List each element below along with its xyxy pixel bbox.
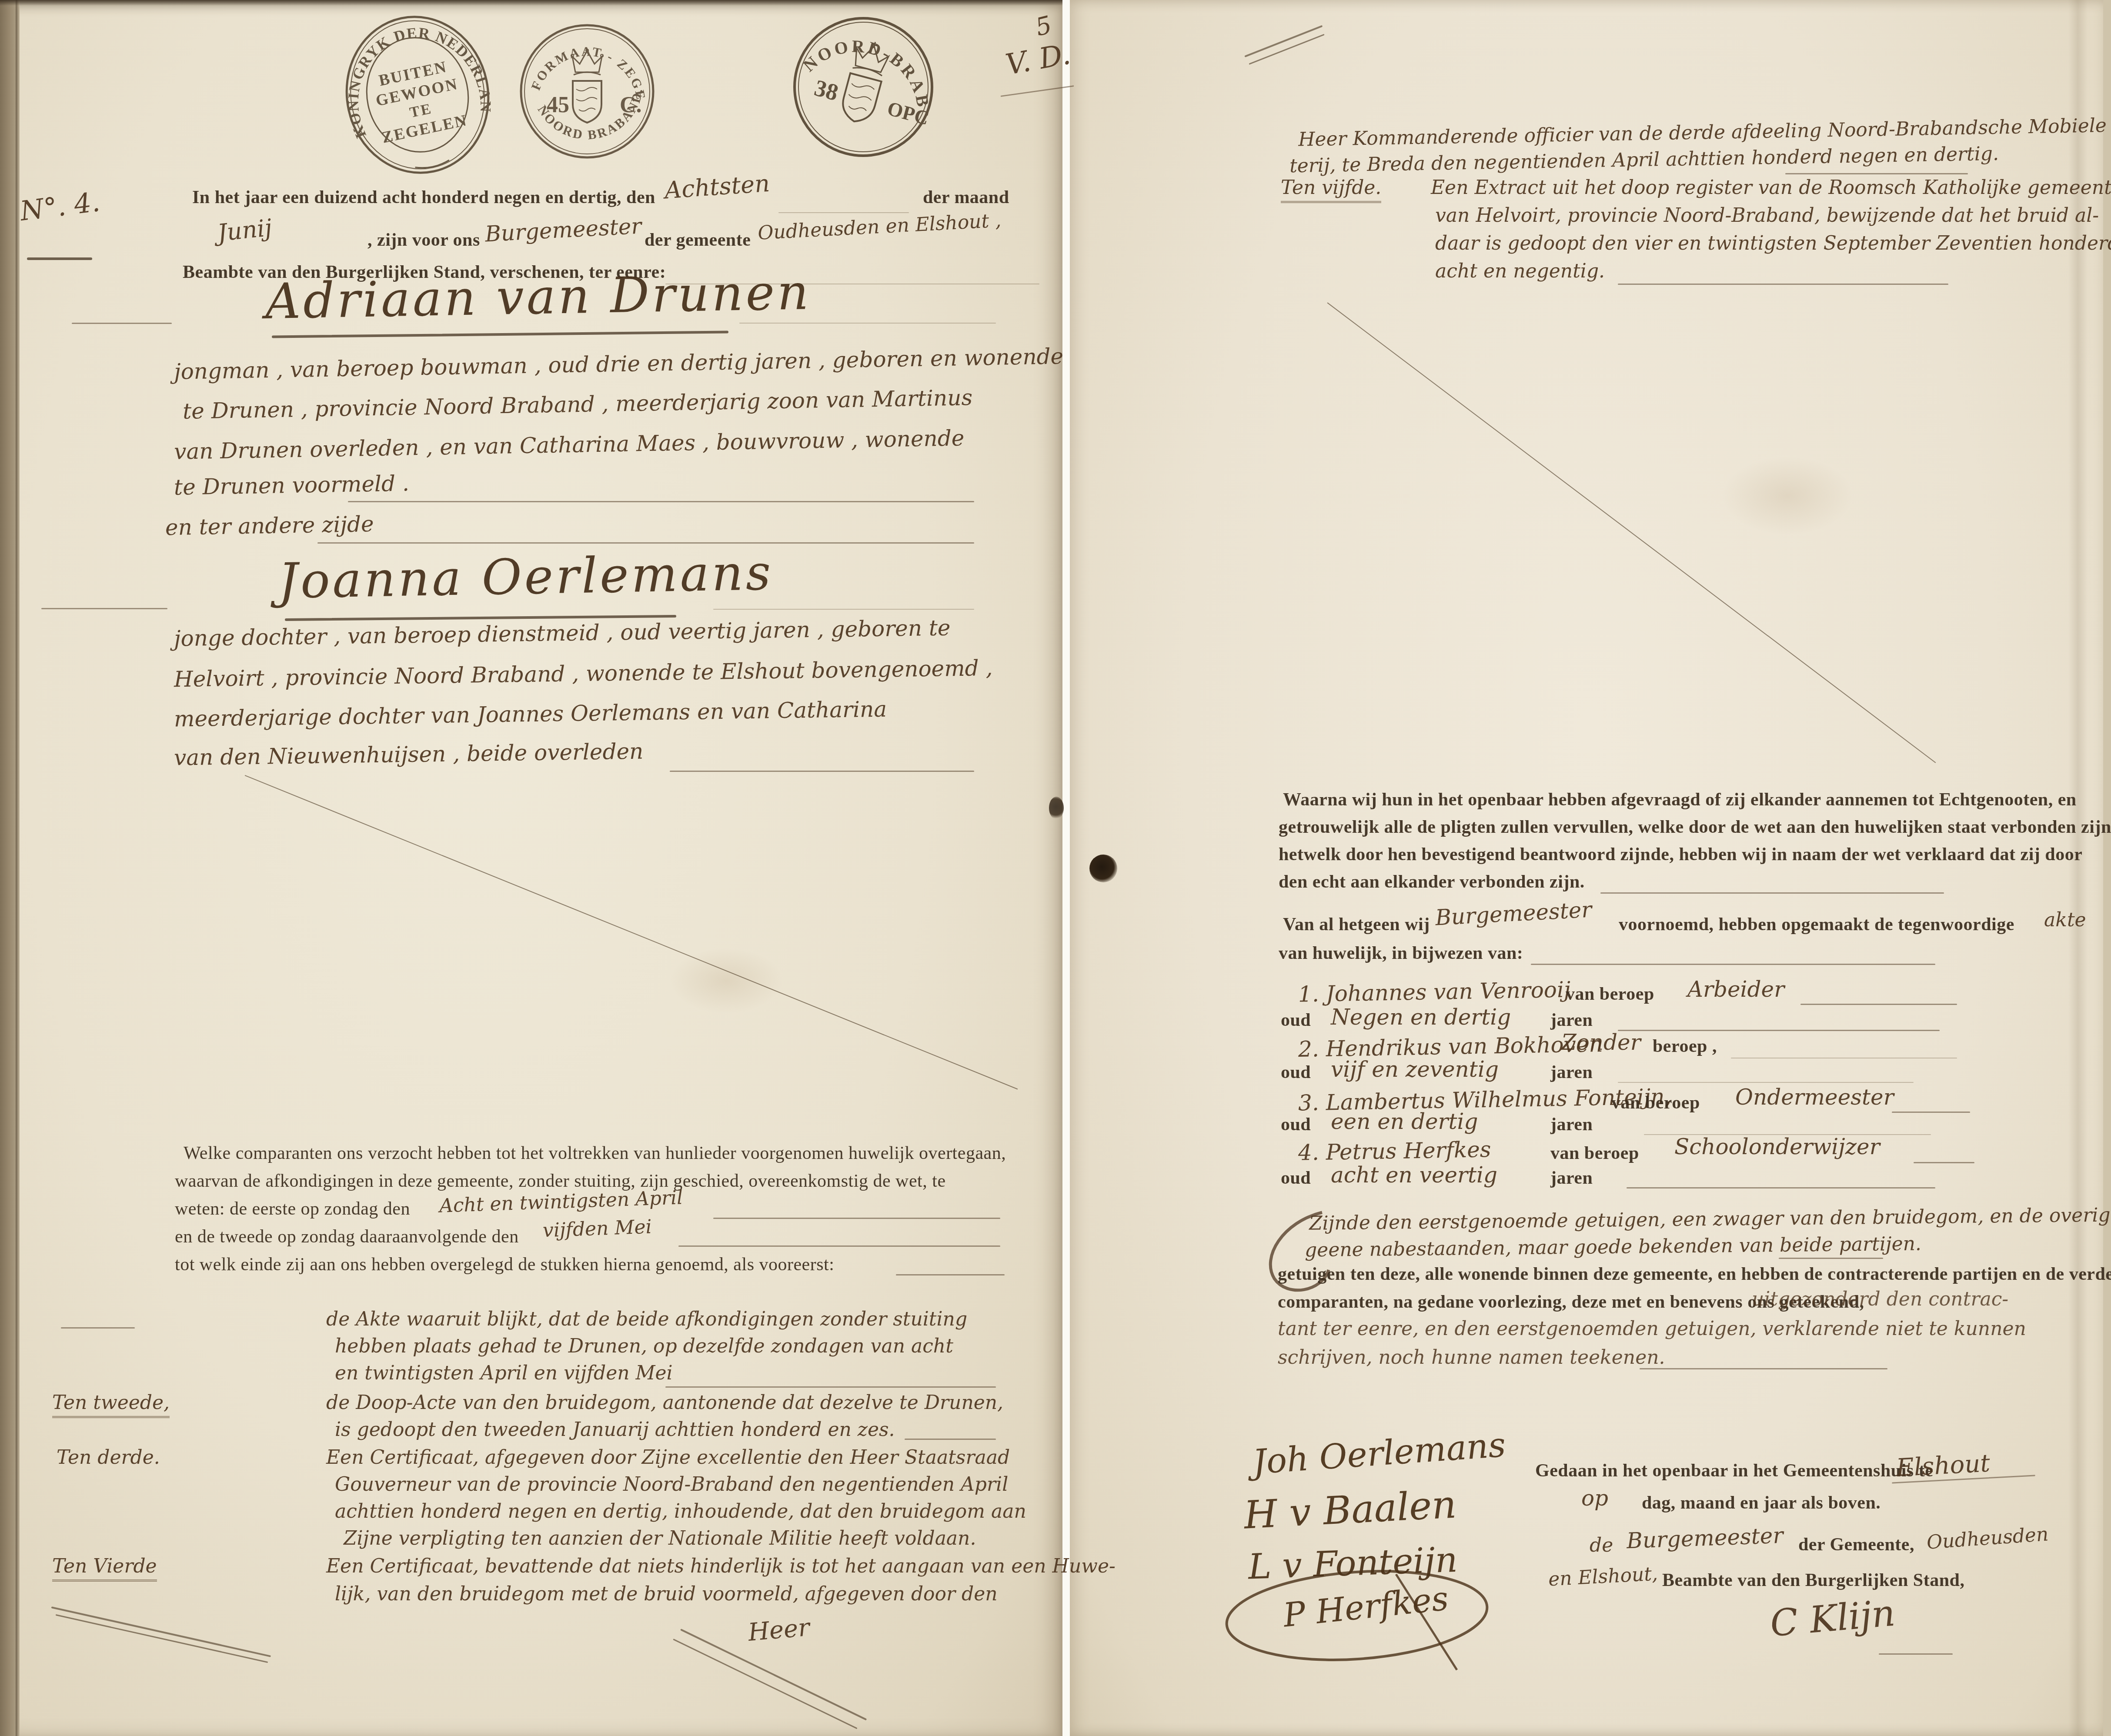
printed-intro-3: , zijn voor ons	[367, 230, 480, 250]
ruled-line	[670, 771, 974, 772]
hw-op: op	[1581, 1486, 1608, 1511]
ruled-line	[1800, 1004, 1957, 1005]
hw-place: Elshout	[1895, 1449, 1991, 1482]
doc-item2-line: is gedoopt den tweeden Januarij achttien…	[335, 1419, 895, 1441]
ruled-line	[41, 608, 167, 609]
hw-zonder: Zonder	[1561, 1030, 1641, 1055]
doc-item2-label: Ten tweede,	[52, 1392, 170, 1418]
closing-printed: der Gemeente,	[1798, 1534, 1914, 1555]
ruled-line	[1618, 1082, 1914, 1083]
ruled-line	[1531, 964, 1935, 965]
witness-occupation: Schoolonderwijzer	[1674, 1134, 1880, 1159]
stamp-value: 38	[812, 74, 841, 106]
ruled-line	[1892, 1112, 1970, 1113]
ink-smudge	[1049, 797, 1064, 819]
witness-name: 1. Johannes van Venrooij	[1298, 977, 1571, 1007]
ruled-line	[1731, 1058, 1957, 1058]
printed-jaren: jaren	[1550, 1114, 1593, 1135]
doc-item3-line: Zijne verpligting ten aanzien der Nation…	[344, 1527, 976, 1549]
witness-age: Negen en dertig	[1331, 1005, 1511, 1030]
ruled-line	[665, 1386, 996, 1388]
stamp-noord-braband-38opc: NOORD-BRABAND. 38 OPC	[783, 7, 944, 167]
printed-oud: oud	[1281, 1114, 1311, 1135]
stamp-value: 45	[547, 93, 569, 117]
witness-age: vijf en zeventig	[1331, 1057, 1499, 1082]
doc-item4-line: lijk, van den bruidegom met de bruid voo…	[335, 1583, 998, 1605]
doc-item3-line: Gouverneur van de provincie Noord-Braban…	[335, 1473, 1008, 1496]
stamp-center-line: TE	[408, 100, 434, 121]
hw-banns-date2: vijfden Mei	[542, 1216, 652, 1242]
vows-printed: van huwelijk, in bijwezen van:	[1279, 943, 1523, 964]
ruled-line	[1785, 173, 1968, 174]
closing-printed: dag, maand en jaar als boven.	[1642, 1492, 1881, 1513]
hw-month: Junij	[216, 214, 273, 247]
doc-item5-line: acht en negentig.	[1435, 260, 1605, 282]
stamp-value: C.	[620, 93, 642, 117]
printed-beroep: beroep ,	[1653, 1036, 1717, 1057]
ruled-line	[713, 609, 974, 610]
stamp-arc-top-text: NOORD-BRABAND.	[783, 7, 944, 115]
stamp-formaat-zegel-45c: FORMAAT - ZEGEL. NOORD BRABAND. 45 C.	[515, 17, 659, 167]
doc-item1-line: hebben plaats gehad te Drunen, op dezelf…	[335, 1335, 953, 1357]
banns-printed: tot welk einde zij aan ons hebben overge…	[175, 1254, 834, 1275]
ruled-line	[678, 1245, 1000, 1247]
doc-item4-line: Een Certificaat, bevattende dat niets hi…	[326, 1555, 1116, 1577]
ruled-line	[348, 501, 974, 502]
ruled-line	[1618, 1030, 1940, 1031]
margin-dash	[27, 257, 92, 260]
witness-age: acht en veertig	[1331, 1162, 1497, 1188]
doc-item3-line: achttien honderd negen en dertig, inhoud…	[335, 1500, 1026, 1522]
doc-item5-line: Een Extract uit het doop register van de…	[1431, 177, 2111, 199]
stamp-shield-icon	[838, 73, 882, 126]
witness-occupation: Ondermeester	[1735, 1085, 1894, 1110]
closing-printed: Beambte van den Burgerlijken Stand,	[1662, 1570, 1964, 1591]
witness-occupation: Arbeider	[1687, 977, 1784, 1002]
margin-dash	[61, 1327, 135, 1329]
doc-item5-line: van Helvoirt, provincie Noord-Braband, b…	[1435, 204, 2099, 227]
printed-intro-1: In het jaar een duizend acht honderd neg…	[192, 187, 655, 208]
doc-item5-label: Ten vijfde.	[1281, 177, 1381, 203]
printed-oud: oud	[1281, 1062, 1311, 1083]
banns-printed: weten: de eerste op zondag den	[175, 1199, 410, 1219]
vows-printed: den echt aan elkander verbonden zijn.	[1279, 871, 1585, 892]
ruled-line	[778, 212, 909, 213]
vows-printed: hetwelk door hen bevestigend beantwoord …	[1279, 844, 2082, 865]
groom-name: Adriaan van Drunen	[265, 264, 812, 330]
binding-inner-edge	[16, 0, 20, 1736]
catchword: Heer	[747, 1613, 811, 1647]
attestation-printed: getuigen ten deze, alle wonende binnen d…	[1278, 1264, 2111, 1285]
doc-item1-line: de Akte waaruit blijkt, dat de beide afk…	[326, 1308, 967, 1330]
ruled-line	[896, 1274, 1005, 1275]
ruled-line	[1914, 1162, 1974, 1163]
printed-oud: oud	[1281, 1010, 1311, 1031]
ruled-line	[1640, 1368, 1887, 1369]
printed-van-beroep: van beroep	[1611, 1092, 1700, 1113]
doc-item2-line: de Doop-Acte van den bruidegom, aantonen…	[326, 1392, 1003, 1414]
ink-blot	[1089, 855, 1117, 882]
doc-item5-line: daar is gedoopt den vier en twintigsten …	[1435, 232, 2111, 254]
doc-item4-label: Ten Vierde	[52, 1555, 157, 1582]
hw-akte: akte	[2044, 909, 2086, 931]
doc-item3-label: Ten derde.	[57, 1446, 160, 1469]
printed-van-beroep: van beroep	[1566, 984, 1654, 1005]
ruled-line	[317, 542, 974, 544]
ruled-line	[1618, 284, 1948, 285]
stamp-buitengewoon-te-zegelen: KONINGRYK DER NEDERLANDEN BUITEN GEWOON …	[335, 12, 500, 177]
paper-stain	[1722, 457, 1853, 535]
bride-name: Joanna Oerlemans	[278, 544, 774, 610]
vows-printed: Van al hetgeen wij	[1283, 914, 1430, 935]
signature-flourish	[1879, 1653, 1953, 1655]
ruled-line	[1779, 1258, 1883, 1259]
ruled-line	[739, 323, 996, 324]
binding-edge	[0, 0, 16, 1736]
page-crease	[2068, 0, 2088, 1736]
printed-van-beroep: van beroep	[1550, 1143, 1639, 1164]
right-page-edge	[2103, 0, 2111, 1736]
marriage-record-scan: KONINGRYK DER NEDERLANDEN BUITEN GEWOON …	[0, 0, 2111, 1736]
book-gutter	[1062, 0, 1070, 1736]
witness-name: 4. Petrus Herfkes	[1298, 1137, 1491, 1165]
vows-printed: voornoemd, hebben opgemaakt de tegenwoor…	[1619, 914, 2014, 935]
ruled-line	[72, 323, 172, 324]
ruled-line	[713, 1218, 1000, 1219]
doc-item1-line: en twintigsten April en vijfden Mei	[335, 1362, 673, 1384]
printed-jaren: jaren	[1550, 1010, 1593, 1031]
printed-jaren: jaren	[1550, 1062, 1593, 1083]
attestation-line: tant ter eenre, en den eerstgenoemden ge…	[1278, 1318, 2026, 1340]
ruled-line	[1627, 1187, 1935, 1188]
printed-intro-4: der gemeente	[645, 230, 751, 250]
vows-printed: getrouwelijk alle de pligten zullen verv…	[1279, 817, 2111, 838]
paper-stain	[670, 948, 783, 1013]
groom-line: te Drunen voormeld .	[174, 471, 410, 500]
page-top-shadow	[0, 0, 1062, 6]
banns-printed: en de tweede op zondag daaraanvolgende d…	[175, 1226, 519, 1247]
printed-jaren: jaren	[1550, 1168, 1593, 1188]
stamp-shield-icon	[573, 81, 601, 123]
signature-circle	[1213, 1561, 1518, 1674]
banns-printed: waarvan de afkondigingen in deze gemeent…	[175, 1171, 946, 1192]
witness-age: een en dertig	[1331, 1109, 1478, 1134]
attestation-line: uitgezonderd den contrac-	[1752, 1288, 2008, 1310]
doc-item3-line: Een Certificaat, afgegeven door Zijne ex…	[326, 1446, 1010, 1469]
svg-text:NOORD-BRABAND.: NOORD-BRABAND.	[783, 7, 944, 115]
groom-line: en ter andere zijde	[165, 511, 374, 540]
ruled-line	[905, 1439, 996, 1440]
vows-printed: Waarna wij hun in het openbaar hebben af…	[1283, 789, 2077, 810]
banns-printed: Welke comparanten ons verzocht hebben to…	[184, 1143, 1006, 1164]
printed-oud: oud	[1281, 1168, 1311, 1188]
printed-intro-2: der maand	[923, 187, 1009, 208]
ruled-line	[1600, 892, 1944, 894]
hw-de: de	[1590, 1534, 1613, 1556]
attestation-line: schrijven, noch hunne namen teekenen.	[1278, 1346, 1665, 1369]
closing-printed: Gedaan in het openbaar in het Gemeentens…	[1535, 1460, 1933, 1481]
